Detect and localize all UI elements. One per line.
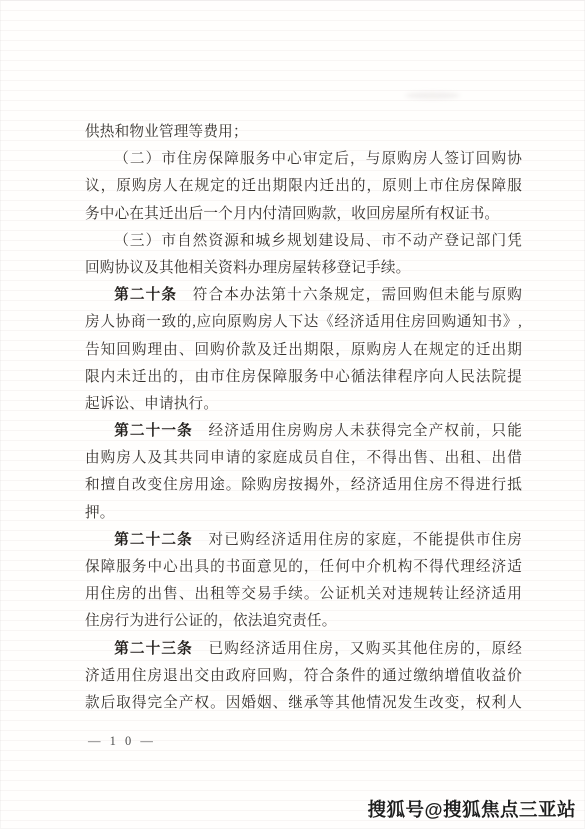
text-line: 款后取得完全产权。因婚姻、继承等其他情况发生改变，权利人: [85, 690, 522, 717]
text-line: 起诉讼、申请执行。: [85, 391, 522, 418]
line-text: 用住房的出售、出租等交易手续。公证机关对违规转让经济适用: [85, 586, 522, 602]
line-text: 由购房人及其共同申请的家庭成员自住，不得出售、出租、出借: [85, 450, 522, 466]
text-line: 济适用住房退出交由政府回购，符合条件的通过缴纳增值收益价: [85, 663, 522, 690]
line-text: 回购协议及其他相关资料办理房屋转移登记手续。: [85, 260, 410, 276]
text-line: （二）市住房保障服务中心审定后，与原购房人签订回购协: [85, 146, 522, 173]
text-line: 第二十条 符合本办法第十六条规定，需回购但未能与原购: [85, 282, 522, 309]
text-line: 供热和物业管理等费用；: [85, 119, 522, 146]
line-text: 符合本办法第十六条规定，需回购但未能与原购: [177, 287, 522, 303]
article-number: 第二十二条: [114, 532, 193, 548]
article-number: 第二十条: [114, 287, 177, 303]
line-text: 对已购经济适用住房的家庭，不能提供市住房: [193, 532, 522, 548]
text-line: 第二十三条 已购经济适用住房，又购买其他住房的，原经: [85, 636, 522, 663]
text-line: 和擅自改变住房用途。除购房按揭外，经济适用住房不得进行抵: [85, 472, 522, 499]
text-line: 房人协商一致的,应向原购房人下达《经济适用住房回购通知书》,: [85, 309, 522, 336]
text-line: 第二十二条 对已购经济适用住房的家庭，不能提供市住房: [85, 527, 522, 554]
document-page: 供热和物业管理等费用；（二）市住房保障服务中心审定后，与原购房人签订回购协议，原…: [0, 0, 585, 829]
line-text: 房人协商一致的,应向原购房人下达《经济适用住房回购通知书》,: [85, 314, 522, 330]
text-line: 用住房的出售、出租等交易手续。公证机关对违规转让经济适用: [85, 581, 522, 608]
article-number: 第二十三条: [114, 641, 193, 657]
line-text: 押。: [85, 505, 115, 521]
text-line: 议，原购房人在规定的迁出期限内迁出的，原则上市住房保障服: [85, 173, 522, 200]
text-line: 第二十一条 经济适用住房购房人未获得完全产权前，只能: [85, 418, 522, 445]
page-number: — 1 0 —: [88, 734, 156, 749]
line-text: 经济适用住房购房人未获得完全产权前，只能: [193, 423, 522, 439]
text-line: 限内未迁出的，由市住房保障服务中心循法律程序向人民法院提: [85, 364, 522, 391]
watermark: 搜狐号@搜狐焦点三亚站: [367, 796, 576, 822]
line-text: （三）市自然资源和城乡规划建设局、市不动产登记部门凭: [114, 233, 522, 249]
line-text: 务中心在其迁出后一个月内付清回购款，收回房屋所有权证书。: [85, 206, 499, 222]
text-line: 告知回购理由、回购价款及迁出期限，原购房人在规定的迁出期: [85, 337, 522, 364]
text-line: 保障服务中心出具的书面意见的，任何中介机构不得代理经济适: [85, 554, 522, 581]
line-text: 已购经济适用住房，又购买其他住房的，原经: [193, 641, 522, 657]
text-line: 务中心在其迁出后一个月内付清回购款，收回房屋所有权证书。: [85, 201, 522, 228]
line-text: 起诉讼、申请执行。: [85, 396, 218, 412]
line-text: 和擅自改变住房用途。除购房按揭外，经济适用住房不得进行抵: [85, 477, 522, 493]
line-text: 告知回购理由、回购价款及迁出期限，原购房人在规定的迁出期: [85, 342, 522, 358]
text-line: 住房行为进行公证的，依法追究责任。: [85, 608, 522, 635]
line-text: 住房行为进行公证的，依法追究责任。: [85, 613, 337, 629]
text-line: 押。: [85, 500, 522, 527]
text-line: 由购房人及其共同申请的家庭成员自住，不得出售、出租、出借: [85, 445, 522, 472]
line-text: 济适用住房退出交由政府回购，符合条件的通过缴纳增值收益价: [85, 668, 522, 684]
text-line: 回购协议及其他相关资料办理房屋转移登记手续。: [85, 255, 522, 282]
line-text: 限内未迁出的，由市住房保障服务中心循法律程序向人民法院提: [85, 369, 522, 385]
document-body: 供热和物业管理等费用；（二）市住房保障服务中心审定后，与原购房人签订回购协议，原…: [85, 119, 522, 717]
line-text: 款后取得完全产权。因婚姻、继承等其他情况发生改变，权利人: [85, 695, 522, 711]
line-text: 供热和物业管理等费用；: [85, 124, 248, 140]
line-text: 议，原购房人在规定的迁出期限内迁出的，原则上市住房保障服: [85, 178, 522, 194]
scan-smudge: [405, 92, 460, 99]
line-text: 保障服务中心出具的书面意见的，任何中介机构不得代理经济适: [85, 559, 522, 575]
line-text: （二）市住房保障服务中心审定后，与原购房人签订回购协: [114, 151, 522, 167]
article-number: 第二十一条: [114, 423, 193, 439]
text-line: （三）市自然资源和城乡规划建设局、市不动产登记部门凭: [85, 228, 522, 255]
